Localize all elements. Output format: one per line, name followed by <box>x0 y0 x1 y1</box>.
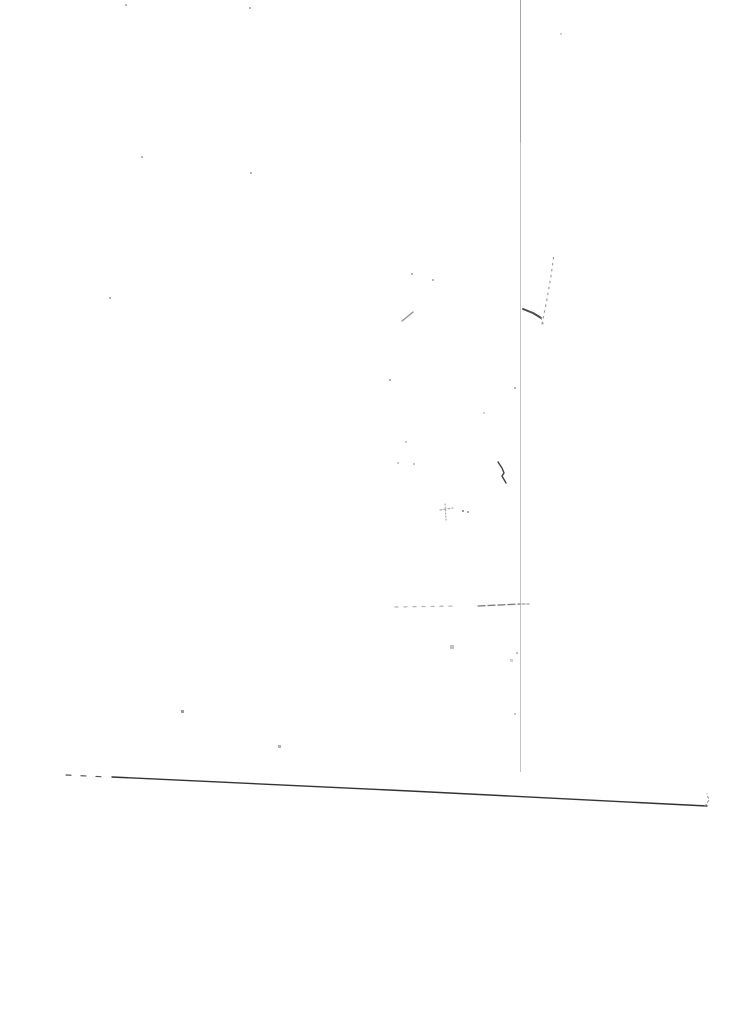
scan-speck <box>516 652 518 654</box>
bottom-ink-line <box>112 777 707 806</box>
scan-speck <box>467 511 469 513</box>
pen-checkmark-rising-arm <box>542 254 554 324</box>
scan-artifacts-layer <box>0 0 753 1016</box>
scanned-page <box>0 0 753 1016</box>
scan-speck <box>389 379 391 381</box>
scan-speck <box>397 462 399 464</box>
scan-speck <box>483 412 485 414</box>
dashed-pencil-line-left <box>395 606 457 607</box>
scan-speck <box>462 510 464 512</box>
pen-slash-mark <box>402 312 413 321</box>
scan-speck <box>413 463 415 465</box>
scan-speck <box>278 745 281 748</box>
scan-speck <box>405 441 407 443</box>
scan-speck <box>510 659 513 662</box>
scan-speck <box>141 156 143 158</box>
scan-speck <box>514 387 516 389</box>
dashed-pencil-line-right <box>478 604 520 606</box>
scan-speck <box>109 297 111 299</box>
scan-speck <box>514 713 516 715</box>
bottom-line-leading-dashes <box>66 775 108 777</box>
scan-speck <box>560 33 562 35</box>
pen-squiggle-mark <box>498 462 506 483</box>
pen-checkmark-left-arm <box>523 309 541 318</box>
cross-mark-horizontal <box>440 508 453 510</box>
scan-speck <box>249 7 251 9</box>
scan-speck <box>250 172 252 174</box>
scan-speck <box>432 279 434 281</box>
scan-speck <box>181 710 184 713</box>
bottom-line-end-hook <box>705 794 709 806</box>
cross-mark-vertical <box>445 504 446 520</box>
scan-speck <box>125 4 127 6</box>
scan-speck <box>450 645 454 649</box>
scan-speck <box>411 273 413 275</box>
